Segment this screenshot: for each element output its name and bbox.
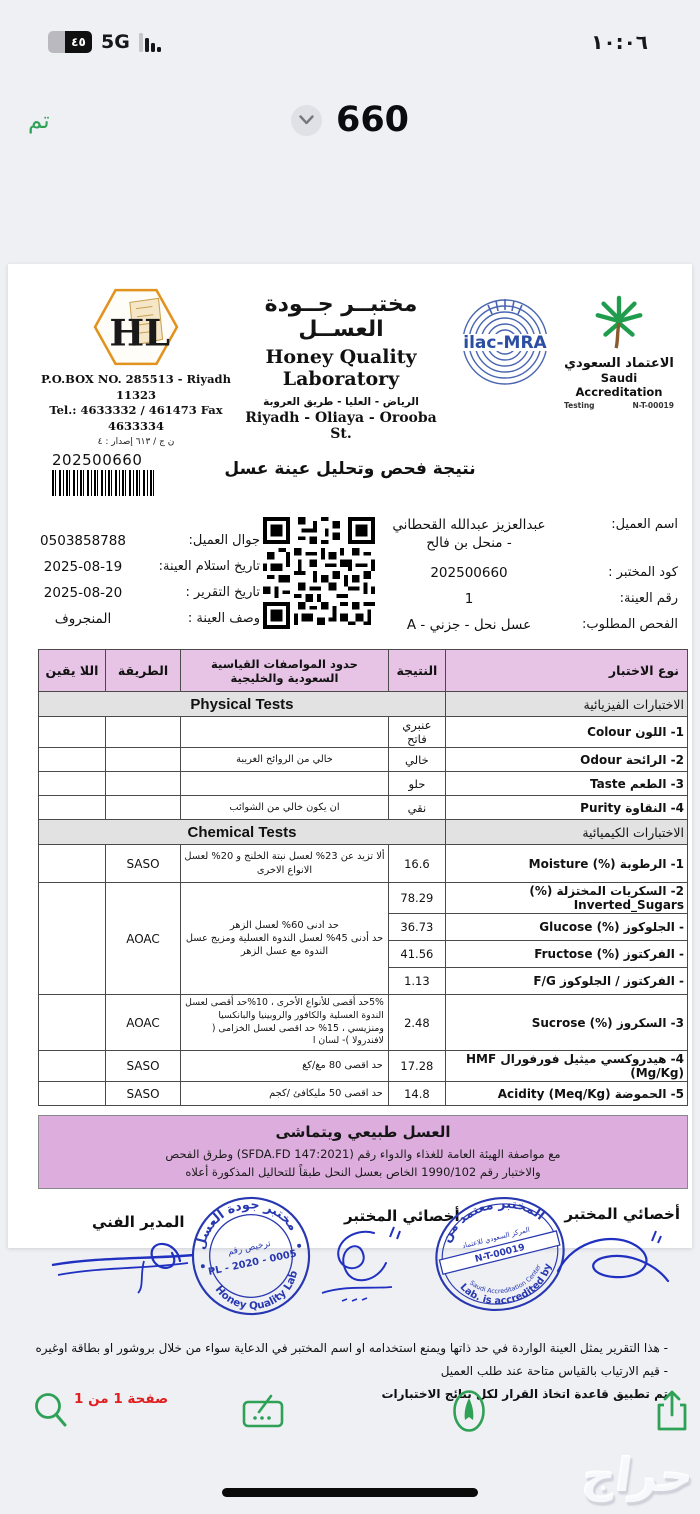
empty-cell — [39, 796, 106, 820]
test-label: - الجلوكوز (%) Glucose — [445, 914, 687, 941]
test-limits: ألا تزيد عن 23% لعسل نبتة الخلنج و 20% ل… — [181, 845, 389, 883]
field-label: تاريخ استلام العينة: — [132, 557, 260, 574]
test-result: حلو — [388, 772, 445, 796]
section-title-arabic: الاختبارات الكيميائية — [445, 820, 687, 845]
field-value: 0503858788 — [34, 531, 132, 551]
empty-cell — [39, 1082, 106, 1106]
share-icon — [654, 1389, 690, 1433]
empty-cell — [105, 717, 180, 748]
signature-box-icon — [241, 1392, 285, 1430]
barcode-title-row: 202500660 نتيجة فحص وتحليل عينة عسل — [8, 451, 692, 513]
signature-markup-button[interactable] — [240, 1388, 286, 1434]
test-limits: حد اقصى 80 مغ/كغ — [181, 1051, 389, 1082]
lab-round-stamp: مختبر جودة العسل ترخيص رقم PL - 2020 - 0… — [179, 1184, 324, 1329]
issue-line: ن ج / ٦١٣ إصدار : ٤ — [30, 437, 242, 447]
ilac-mra-logo: ilac-MRA — [456, 294, 554, 390]
section-title-arabic: الاختبارات الفيزيائية — [445, 692, 687, 717]
battery-icon: ٤٥ — [48, 31, 92, 53]
client-row: الفحص المطلوب: عسل نحل - جزني - A — [378, 615, 678, 641]
technical-manager-label: المدير الفني — [92, 1213, 185, 1231]
status-left-cluster: ٤٥ 5G — [48, 31, 161, 53]
field-value: 202500660 — [378, 563, 560, 583]
pen-icon — [452, 1390, 486, 1432]
section-title-english: Physical Tests — [39, 692, 446, 717]
note-line: - قيم الارتياب بالقياس متاحة عند طلب الع… — [32, 1362, 668, 1381]
col-result: النتيجة — [388, 650, 445, 692]
field-label: الفحص المطلوب: — [560, 615, 678, 632]
test-limits-merged: حد ادنى 60% لعسل الزهر حد أدنى 45% لعسل … — [181, 883, 389, 995]
table-row: 3- السكروز (%) Sucrose 2.48 5%حد أقصى لل… — [39, 995, 688, 1051]
specialist-signature — [552, 1227, 674, 1297]
field-label: رقم العينة: — [560, 589, 678, 606]
test-limits: حد اقصى 50 مليكافئ /كجم — [181, 1082, 389, 1106]
empty-cell — [39, 748, 106, 772]
nav-bar: تم 660 — [0, 100, 700, 152]
test-label: 2- السكريات المختزلة (%) Inverted_Sugars — [445, 883, 687, 914]
search-button[interactable] — [28, 1388, 74, 1434]
note-line: - هذا التقرير يمثل العينة الواردة في حد … — [32, 1339, 668, 1358]
col-uncertainty: اللا يقين — [39, 650, 106, 692]
test-result: 16.6 — [388, 845, 445, 883]
lab-name-arabic: مختبــر جــودة العســل — [242, 292, 440, 342]
test-method: AOAC — [105, 995, 180, 1051]
client-row: جوال العميل: 0503858788 — [34, 531, 260, 557]
test-result: 17.28 — [388, 1051, 445, 1082]
network-type-label: 5G — [101, 31, 130, 53]
svg-text:HL: HL — [109, 310, 170, 354]
table-row: 5- الحموضة Acidity (Meq/Kg) 14.8 حد اقصى… — [39, 1082, 688, 1106]
empty-cell — [39, 845, 106, 883]
honey-lab-logo: HL — [93, 286, 179, 368]
test-limits: خالي من الروائح الغريبة — [181, 748, 389, 772]
field-value: 2025-08-20 — [34, 583, 132, 603]
field-value: 1 — [378, 589, 560, 609]
table-row: 4- هيدروكسي ميثيل فورفورال HMF (Mg/Kg) 1… — [39, 1051, 688, 1082]
bottom-toolbar — [0, 1382, 700, 1444]
pen-markup-button[interactable] — [446, 1388, 492, 1434]
lab-name-english: Honey Quality Laboratory — [242, 346, 440, 390]
conclusion-line1: العسل طبيعي ويتماشى — [49, 1123, 677, 1141]
field-label: كود المختبر : — [560, 563, 678, 580]
accreditation-testing-label: Testing — [564, 401, 595, 410]
clock: ١٠:٠٦ — [591, 30, 648, 54]
field-label: اسم العميل: — [560, 515, 678, 532]
empty-cell — [39, 883, 106, 995]
qr-code — [260, 515, 378, 641]
field-value: عسل نحل - جزني - A — [378, 615, 560, 635]
conclusion-box: العسل طبيعي ويتماشى مع مواصفة الهيئة الع… — [38, 1115, 688, 1189]
physical-section-row: الاختبارات الفيزيائية Physical Tests — [39, 692, 688, 717]
search-icon — [32, 1391, 70, 1431]
accreditation-name-arabic: الاعتماد السعودي — [560, 356, 678, 371]
table-row: 2- السكريات المختزلة (%) Inverted_Sugars… — [39, 883, 688, 914]
test-method-merged: AOAC — [105, 883, 180, 995]
test-method: SASO — [105, 1051, 180, 1082]
client-row: تاريخ استلام العينة: 2025-08-19 — [34, 557, 260, 583]
document-title[interactable]: 660 — [336, 100, 409, 140]
letterhead: HL P.O.BOX NO. 285513 - Riyadh 11323 Tel… — [8, 264, 692, 447]
lab-address-arabic: الرياض - العليا - طريق العروبة — [242, 396, 440, 408]
lab-specialist-label: أخصائي المختبر — [564, 1205, 680, 1223]
test-result: عنبري فاتح — [388, 717, 445, 748]
client-info-right: اسم العميل: عبدالعزيز عبدالله القحطاني -… — [378, 515, 678, 641]
letterhead-left: HL P.O.BOX NO. 285513 - Riyadh 11323 Tel… — [30, 286, 242, 447]
watermark-haraj: حراج — [580, 1448, 698, 1502]
po-box-line: P.O.BOX NO. 285513 - Riyadh 11323 — [30, 372, 242, 403]
test-limits: ان يكون خالي من الشوائب — [181, 796, 389, 820]
test-label: 3- السكروز (%) Sucrose — [445, 995, 687, 1051]
client-info: اسم العميل: عبدالعزيز عبدالله القحطاني -… — [8, 515, 692, 641]
test-label: 3- الطعم Taste — [445, 772, 687, 796]
test-result: 78.29 — [388, 883, 445, 914]
test-label: 1- الرطوبة (%) Moisture — [445, 845, 687, 883]
client-row: اسم العميل: عبدالعزيز عبدالله القحطاني -… — [378, 515, 678, 563]
test-label: 2- الرائحة Odour — [445, 748, 687, 772]
test-result: نقي — [388, 796, 445, 820]
letterhead-right: ilac-MRA الاعتماد السعودي Saudi Accredit… — [440, 286, 678, 447]
client-row: وصف العينة : المنجروف — [34, 609, 260, 635]
title-group: 660 — [0, 100, 700, 140]
svg-text:Honey Quality Lab: Honey Quality Lab — [212, 1267, 307, 1320]
client-row: رقم العينة: 1 — [378, 589, 678, 615]
accreditation-number: N-T-00019 — [632, 401, 674, 410]
col-limits: حدود المواصفات القياسية السعودية والخليج… — [181, 650, 389, 692]
saudi-accreditation-block: الاعتماد السعودي Saudi Accreditation Tes… — [560, 294, 678, 410]
document-page: HL P.O.BOX NO. 285513 - Riyadh 11323 Tel… — [8, 264, 692, 1248]
battery-fill — [48, 31, 65, 53]
test-result: 14.8 — [388, 1082, 445, 1106]
test-result: 36.73 — [388, 914, 445, 941]
home-indicator[interactable] — [222, 1488, 478, 1497]
empty-cell — [105, 748, 180, 772]
saudi-accreditation-logo — [588, 294, 650, 350]
accreditation-name-english: Saudi Accreditation — [560, 371, 678, 399]
svg-text:PL - 2020 - 0005: PL - 2020 - 0005 — [207, 1248, 297, 1278]
field-value: المنجروف — [34, 609, 132, 629]
field-label: وصف العينة : — [132, 609, 260, 626]
empty-cell — [39, 1051, 106, 1082]
signal-bars-icon — [139, 33, 161, 52]
test-label: 4- النقاوة Purity — [445, 796, 687, 820]
test-label: 1- اللون Colour — [445, 717, 687, 748]
test-limits — [181, 772, 389, 796]
empty-cell — [39, 717, 106, 748]
table-header-row: نوع الاختبار النتيجة حدود المواصفات القي… — [39, 650, 688, 692]
client-info-left: جوال العميل: 0503858788 تاريخ استلام الع… — [34, 515, 260, 641]
empty-cell — [105, 772, 180, 796]
client-row: كود المختبر : 202500660 — [378, 563, 678, 589]
test-label: 5- الحموضة Acidity (Meq/Kg) — [445, 1082, 687, 1106]
chemical-section-row: الاختبارات الكيميائية Chemical Tests — [39, 820, 688, 845]
letterhead-center: مختبــر جــودة العســل Honey Quality Lab… — [242, 286, 440, 447]
empty-cell — [39, 772, 106, 796]
table-row: 4- النقاوة Purity نقي ان يكون خالي من ال… — [39, 796, 688, 820]
tel-line: Tel.: 4633332 / 461473 Fax 4633334 — [30, 403, 242, 434]
field-label: تاريخ التقرير : — [132, 583, 260, 600]
section-title-english: Chemical Tests — [39, 820, 446, 845]
test-label: - الفركتوز (%) Fructose — [445, 941, 687, 968]
specialist-signature — [312, 1223, 412, 1309]
manager-signature — [48, 1231, 198, 1295]
test-label: 4- هيدروكسي ميثيل فورفورال HMF (Mg/Kg) — [445, 1051, 687, 1082]
field-value: عبدالعزيز عبدالله القحطاني - منحل بن فال… — [378, 515, 560, 552]
col-method: الطريقة — [105, 650, 180, 692]
chevron-down-icon — [299, 115, 314, 125]
test-limits — [181, 717, 389, 748]
accreditation-sub-line: Testing N-T-00019 — [560, 399, 678, 410]
col-test-type: نوع الاختبار — [445, 650, 687, 692]
test-result: 2.48 — [388, 995, 445, 1051]
empty-cell — [39, 995, 106, 1051]
table-row: 3- الطعم Taste حلو — [39, 772, 688, 796]
test-result: 1.13 — [388, 968, 445, 995]
table-row: 1- اللون Colour عنبري فاتح — [39, 717, 688, 748]
share-button[interactable] — [649, 1388, 695, 1434]
table-row: 2- الرائحة Odour خالي خالي من الروائح ال… — [39, 748, 688, 772]
status-bar: ٤٥ 5G ١٠:٠٦ — [0, 24, 700, 60]
test-limits: 5%حد أقصى للأنواع الأخرى ، 10%حد أقصى لع… — [181, 995, 389, 1051]
field-label: جوال العميل: — [132, 531, 260, 548]
battery-percent: ٤٥ — [65, 31, 92, 53]
lab-address-english: Riyadh - Oliaya - Orooba St. — [242, 410, 440, 442]
stamps-signatures: أخصائي المختبر أخصائي المختبر المدير الف… — [8, 1193, 692, 1327]
field-value: 2025-08-19 — [34, 557, 132, 577]
results-table: نوع الاختبار النتيجة حدود المواصفات القي… — [38, 649, 688, 1106]
qr-code-icon — [263, 517, 375, 629]
conclusion-line3: والاختبار رقم 1990/102 الخاص بعسل النحل … — [49, 1165, 677, 1179]
test-method: SASO — [105, 845, 180, 883]
svg-text:ilac-MRA: ilac-MRA — [463, 333, 547, 353]
client-row: تاريخ التقرير : 2025-08-20 — [34, 583, 260, 609]
test-method: SASO — [105, 1082, 180, 1106]
test-result: خالي — [388, 748, 445, 772]
empty-cell — [105, 796, 180, 820]
test-result: 41.56 — [388, 941, 445, 968]
conclusion-line2: مع مواصفة الهيئة العامة للغذاء والدواء ر… — [49, 1147, 677, 1161]
page-dropdown-button[interactable] — [291, 105, 322, 136]
report-title: نتيجة فحص وتحليل عينة عسل — [128, 459, 572, 479]
table-row: 1- الرطوبة (%) Moisture 16.6 ألا تزيد عن… — [39, 845, 688, 883]
test-label: - الفركتوز / الجلوكوز F/G — [445, 968, 687, 995]
